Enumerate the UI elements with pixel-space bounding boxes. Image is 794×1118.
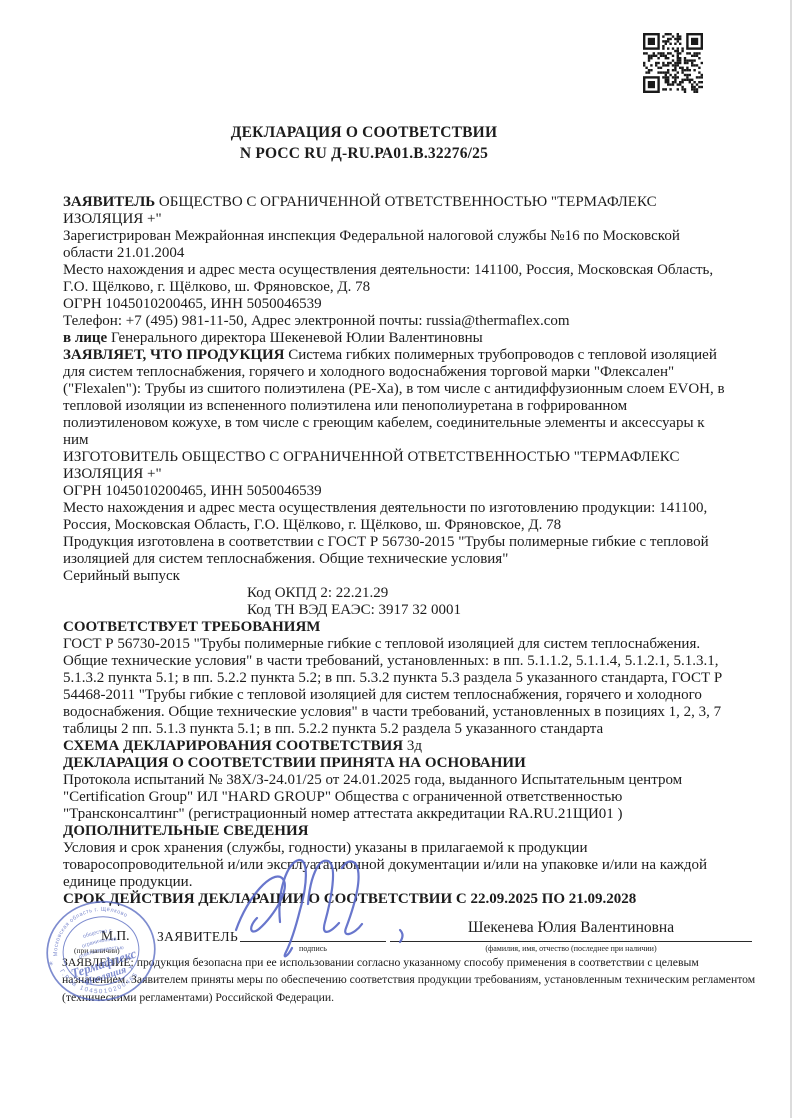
applicant-paragraph: ЗАЯВИТЕЛЬ ОБЩЕСТВО С ОГРАНИЧЕННОЙ ОТВЕТС… <box>63 194 763 228</box>
qr-code-icon <box>643 33 703 93</box>
test-report-paragraph: Протокола испытаний № 38Х/З-24.01/25 от … <box>63 772 763 823</box>
representative-label: в лице <box>63 330 107 346</box>
name-caption: (фамилия, имя, отчество (последнее при н… <box>390 944 752 953</box>
page-edge-line <box>790 0 792 1118</box>
compliance-heading: СООТВЕТСТВУЕТ ТРЕБОВАНИЯМ <box>63 619 763 636</box>
manufacturer-ogrn-inn: ОГРН 1045010200465, ИНН 5050046539 <box>63 483 763 500</box>
company-stamp-icon: Московская область г. Щёлково Г.Р.№ 1045… <box>44 898 162 1004</box>
product-label: ЗАЯВЛЯЕТ, ЧТО ПРОДУКЦИЯ <box>63 347 284 363</box>
manufacturer-paragraph: ИЗГОТОВИТЕЛЬ ОБЩЕСТВО С ОГРАНИЧЕННОЙ ОТВ… <box>63 449 763 483</box>
document-title: ДЕКЛАРАЦИЯ О СООТВЕТСТВИИ N РОСС RU Д-RU… <box>0 123 728 164</box>
declaration-number: N РОСС RU Д-RU.РА01.В.32276/25 <box>0 144 728 165</box>
manufacturer-address-paragraph: Место нахождения и адрес места осуществл… <box>63 500 763 534</box>
declaration-scheme: СХЕМА ДЕКЛАРИРОВАНИЯ СООТВЕТСТВИЯ 3д <box>63 738 763 755</box>
title-line: ДЕКЛАРАЦИЯ О СООТВЕТСТВИИ <box>0 123 728 144</box>
compliance-requirements-paragraph: ГОСТ Р 56730-2015 "Трубы полимерные гибк… <box>63 636 763 738</box>
signatory-name: Шекенева Юлия Валентиновна <box>390 916 752 942</box>
basis-heading: ДЕКЛАРАЦИЯ О СООТВЕТСТВИИ ПРИНЯТА НА ОСН… <box>63 755 763 772</box>
applicant-ogrn-inn: ОГРН 1045010200465, ИНН 5050046539 <box>63 296 763 313</box>
okpd-code: Код ОКПД 2: 22.21.29 <box>63 585 763 602</box>
serial-release: Серийный выпуск <box>63 568 763 585</box>
declaration-document-page: ДЕКЛАРАЦИЯ О СООТВЕТСТВИИ N РОСС RU Д-RU… <box>0 0 794 1118</box>
representative-paragraph: в лице Генерального директора Шекеневой … <box>63 330 763 347</box>
stamp-star: ✳ <box>48 960 54 968</box>
product-paragraph: ЗАЯВЛЯЕТ, ЧТО ПРОДУКЦИЯ Система гибких п… <box>63 347 763 449</box>
tnved-code: Код ТН ВЭД ЕАЭС: 3917 32 0001 <box>63 602 763 619</box>
additional-info-heading: ДОПОЛНИТЕЛЬНЫЕ СВЕДЕНИЯ <box>63 823 763 840</box>
registration-paragraph: Зарегистрирован Межрайонная инспекция Фе… <box>63 228 763 262</box>
production-standard-paragraph: Продукция изготовлена в соответствии с Г… <box>63 534 763 568</box>
scheme-label: СХЕМА ДЕКЛАРИРОВАНИЯ СООТВЕТСТВИЯ <box>63 738 403 754</box>
applicant-label: ЗАЯВИТЕЛЬ <box>63 194 155 210</box>
applicant-address-paragraph: Место нахождения и адрес места осуществл… <box>63 262 763 296</box>
document-body: ЗАЯВИТЕЛЬ ОБЩЕСТВО С ОГРАНИЧЕННОЙ ОТВЕТС… <box>63 194 763 908</box>
applicant-signature-label: ЗАЯВИТЕЛЬ <box>157 929 238 945</box>
handwritten-signature-icon <box>228 850 418 965</box>
phone-email-paragraph: Телефон: +7 (495) 981-11-50, Адрес элект… <box>63 313 763 330</box>
